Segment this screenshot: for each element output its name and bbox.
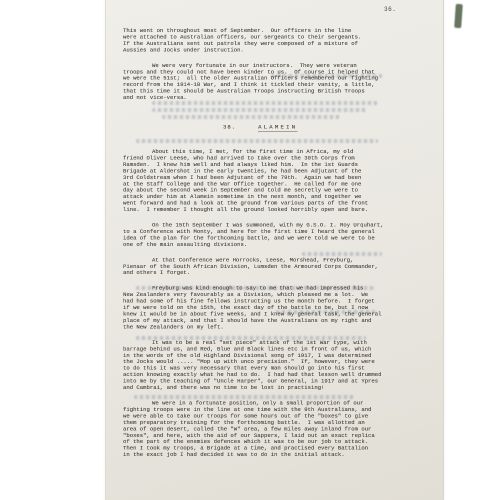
photo-artifact: [454, 4, 463, 28]
text-line: place of my attack, and that I should ha…: [123, 318, 403, 324]
chapter-title: ALAMEIN: [258, 125, 297, 132]
chapter-number: 38.: [223, 125, 236, 131]
paragraph: At that Conference were Horrocks, Leese,…: [123, 257, 403, 276]
chapter-heading: 38.ALAMEIN: [223, 125, 403, 131]
paragraph: About this time, I met, for the first ti…: [123, 149, 403, 214]
typed-text: This went on throughout most of Septembe…: [123, 28, 403, 468]
paragraph: We were in a fortunate position, only a …: [123, 400, 403, 458]
text-line: we were able to take our troops for some…: [123, 413, 403, 419]
photo-background: 36. This went on throughout most of Sept…: [0, 0, 500, 500]
text-line: in the exact job I had decided it was to…: [123, 452, 403, 458]
text-line: were attached to Australian officers, ou…: [123, 34, 403, 40]
text-line: one of the main assaulting divisions.: [123, 242, 403, 248]
paragraph: It was to be a real "set piece" attack o…: [123, 340, 403, 392]
paragraph: Freyburg was kind enough to say to me th…: [123, 286, 403, 331]
text-line: line. I remember I thought all the groun…: [123, 207, 403, 213]
text-line: and not vice-versa.: [123, 95, 403, 101]
text-line: to a Conference with Monty, and here for…: [123, 229, 403, 235]
paragraph: We were very fortunate in our instructor…: [123, 63, 403, 102]
text-line: fighting troops were in the line at one …: [123, 407, 403, 413]
text-line: and Cambrai, and there was no time to be…: [123, 385, 403, 391]
text-line: Brigade at Aldershot in the early twenti…: [123, 168, 403, 174]
text-line: them preparatory training for the forthc…: [123, 420, 403, 426]
paragraph: This went on throughout most of Septembe…: [123, 28, 403, 54]
paragraph: On the 15th September I was summoned, wi…: [123, 223, 403, 249]
paper-page: 36. This went on throughout most of Sept…: [105, 0, 444, 500]
text-line: knew it would be in about five weeks, an…: [123, 312, 403, 318]
typed-content-wrap: 36. This went on throughout most of Sept…: [106, 0, 443, 500]
text-line: 3rd Coldstream when I had been Adjutant …: [123, 175, 403, 181]
text-line: area of open desert, called the "W" area…: [123, 426, 403, 432]
text-line: the New Zealanders on my left.: [123, 324, 403, 330]
text-line: We were in a fortunate position, only a …: [123, 400, 403, 406]
text-line: It was to be a real "set piece" attack o…: [123, 340, 403, 346]
text-line: idea of the plan for the forthcoming bat…: [123, 235, 403, 241]
page-number: 36.: [384, 6, 396, 13]
text-line: and others I forget.: [123, 270, 403, 276]
text-line: Aussies and Jocks under instruction.: [123, 47, 403, 53]
text-line: barrage behind us, and Red, Blue and Bla…: [123, 346, 403, 352]
